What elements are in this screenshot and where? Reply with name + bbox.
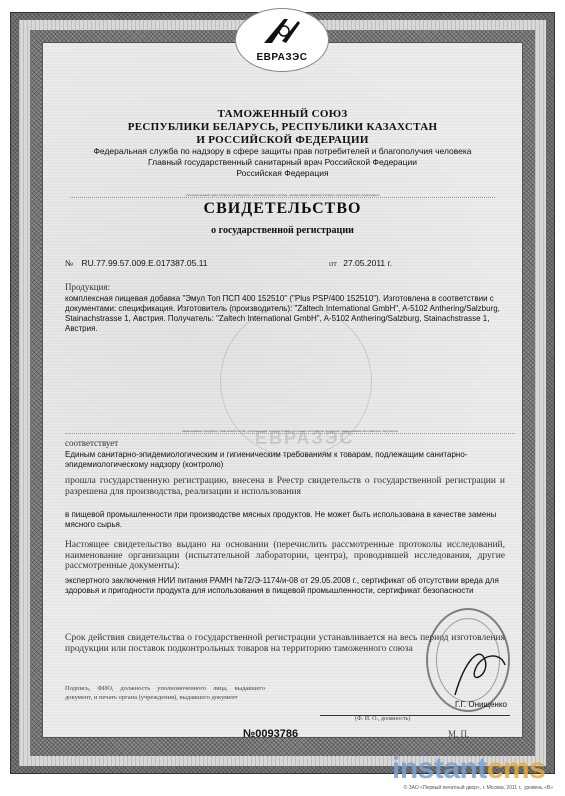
- document-title: СВИДЕТЕЛЬСТВО: [42, 200, 523, 218]
- hologram-stamp-area: [68, 62, 143, 92]
- signatory-name: Г.Г. Онищенко: [455, 700, 507, 709]
- product-description: комплексная пищевая добавка "Эмул Топ ПС…: [65, 294, 510, 334]
- union-heading: ТАМОЖЕННЫЙ СОЮЗ РЕСПУБЛИКИ БЕЛАРУСЬ, РЕС…: [42, 108, 523, 147]
- signature-icon: [450, 640, 510, 700]
- authority-fine-print: уполномоченный орган Стороны, руководите…: [70, 193, 495, 198]
- basis-text: экспертного заключения НИИ питания РАМН …: [65, 576, 510, 596]
- printer-credit: © ЗАО «Первый печатный двор», г. Москва,…: [404, 785, 553, 791]
- compliance-text: Единым санитарно-эпидемиологическим и ги…: [65, 450, 510, 470]
- issuing-authority: Федеральная служба по надзору в сфере за…: [42, 146, 523, 179]
- product-fine-print: наименование продукции, химический соста…: [65, 429, 515, 434]
- evrazes-emblem-icon: [262, 15, 302, 45]
- signature-sub-label: (Ф. И. О., должность): [355, 716, 410, 722]
- emblem-label: ЕВРАЗЭС: [256, 52, 307, 63]
- serial-number: №0093786: [243, 728, 298, 740]
- validity-text: Срок действия свидетельства о государств…: [65, 633, 505, 654]
- signature-caption: Подпись, ФИО, должность уполномоченного …: [65, 685, 265, 702]
- basis-label: Настоящее свидетельство выдано на основа…: [65, 540, 505, 572]
- evrazes-emblem: ЕВРАЗЭС: [235, 8, 329, 72]
- registration-date: от 27.05.2011 г.: [329, 258, 392, 268]
- product-label: Продукция:: [65, 282, 110, 292]
- signature-line: [320, 715, 510, 716]
- compliance-label: соответствует: [65, 438, 118, 448]
- document-subtitle: о государственной регистрации: [42, 225, 523, 236]
- stamp-place-label: М. П.: [448, 729, 469, 739]
- usage-text: в пищевой промышленности при производств…: [65, 510, 510, 530]
- registration-statement: прошла государственную регистрацию, внес…: [65, 476, 505, 497]
- registration-number: № RU.77.99.57.009.Е.017387.05.11: [65, 258, 208, 268]
- site-watermark: instantcms: [392, 752, 545, 786]
